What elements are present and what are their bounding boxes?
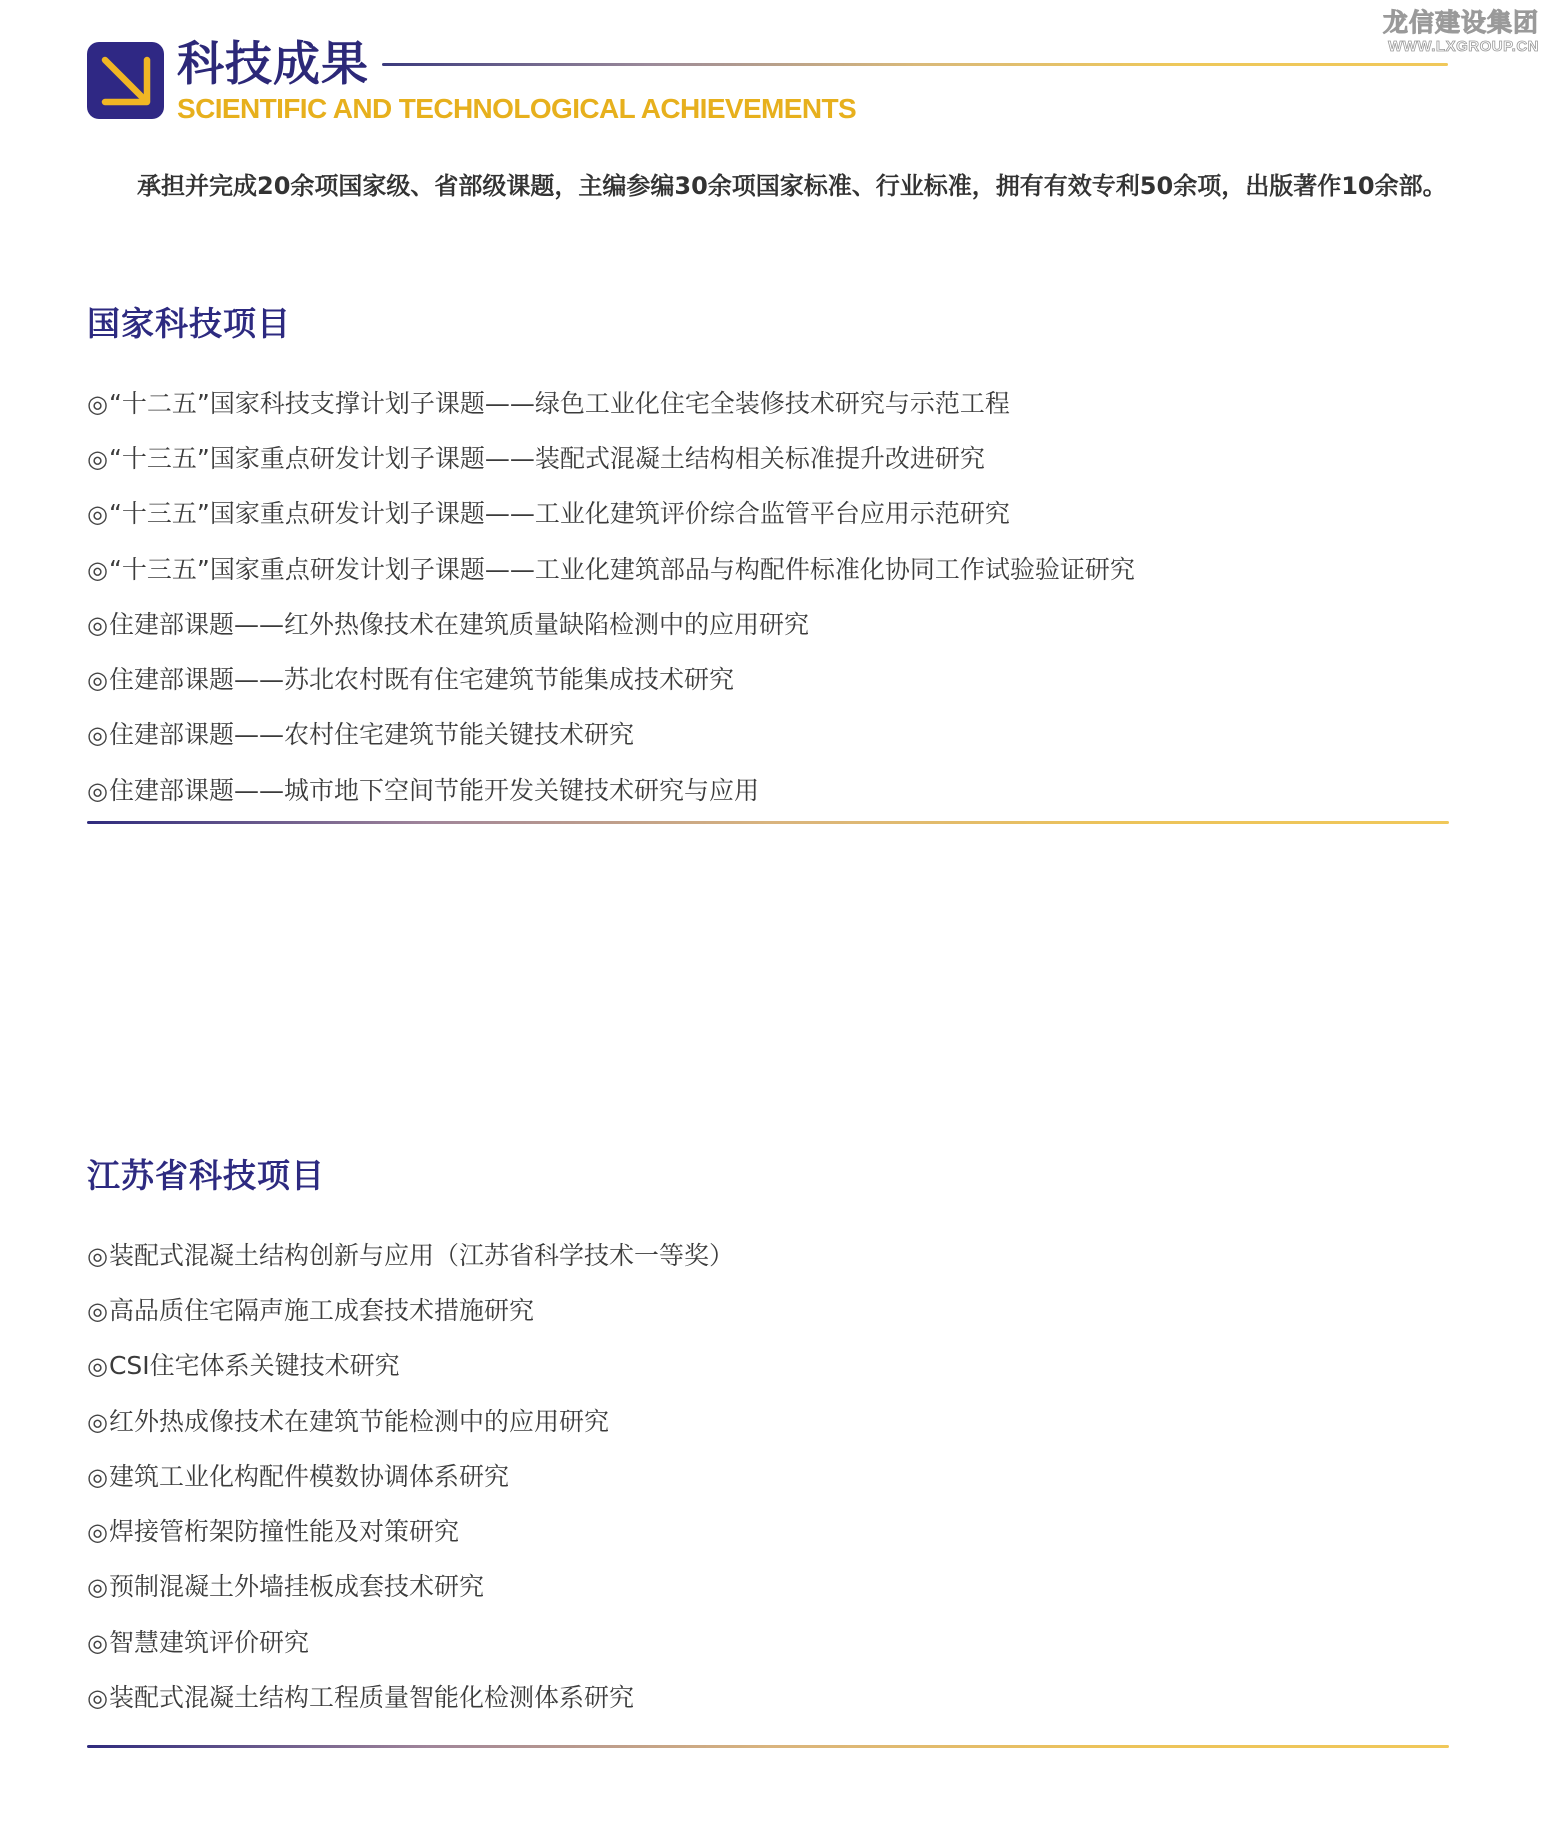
page-title: 科技成果 bbox=[177, 36, 369, 94]
page-subtitle: SCIENTIFIC AND TECHNOLOGICAL ACHIEVEMENT… bbox=[177, 92, 856, 126]
double-circle-bullet-icon: ◎ bbox=[87, 1676, 108, 1720]
list-item-text: “十三五”国家重点研发计划子课题——工业化建筑部品与构配件标准化协同工作试验验证… bbox=[109, 548, 1135, 592]
list-item: ◎焊接管桁架防撞性能及对策研究 bbox=[87, 1504, 734, 1559]
section-heading-national: 国家科技项目 bbox=[87, 304, 291, 344]
list-item: ◎住建部课题——红外热像技术在建筑质量缺陷检测中的应用研究 bbox=[87, 597, 1135, 652]
double-circle-bullet-icon: ◎ bbox=[87, 548, 108, 592]
list-item-text: “十三五”国家重点研发计划子课题——工业化建筑评价综合监管平台应用示范研究 bbox=[109, 492, 1010, 536]
double-circle-bullet-icon: ◎ bbox=[87, 1455, 108, 1499]
national-project-list: ◎“十二五”国家科技支撑计划子课题——绿色工业化住宅全装修技术研究与示范工程 ◎… bbox=[87, 376, 1135, 818]
list-item: ◎住建部课题——苏北农村既有住宅建筑节能集成技术研究 bbox=[87, 652, 1135, 707]
brand-name: 龙信建设集团 bbox=[1383, 8, 1539, 38]
list-item-text: 焊接管桁架防撞性能及对策研究 bbox=[109, 1510, 459, 1554]
list-item-text: 预制混凝土外墙挂板成套技术研究 bbox=[109, 1565, 484, 1609]
list-item: ◎住建部课题——农村住宅建筑节能关键技术研究 bbox=[87, 708, 1135, 763]
list-item: ◎“十三五”国家重点研发计划子课题——装配式混凝土结构相关标准提升改进研究 bbox=[87, 431, 1135, 486]
list-item-text: 住建部课题——城市地下空间节能开发关键技术研究与应用 bbox=[109, 769, 759, 813]
list-item-text: 智慧建筑评价研究 bbox=[109, 1621, 309, 1665]
list-item-text: 装配式混凝土结构创新与应用（江苏省科学技术一等奖） bbox=[109, 1234, 734, 1278]
list-item: ◎住建部课题——城市地下空间节能开发关键技术研究与应用 bbox=[87, 763, 1135, 818]
double-circle-bullet-icon: ◎ bbox=[87, 1400, 108, 1444]
list-item-text: 住建部课题——农村住宅建筑节能关键技术研究 bbox=[109, 713, 634, 757]
list-item: ◎建筑工业化构配件模数协调体系研究 bbox=[87, 1449, 734, 1504]
intro-paragraph: 承担并完成20余项国家级、省部级课题，主编参编30余项国家标准、行业标准，拥有有… bbox=[87, 164, 1451, 208]
arrow-down-right-icon bbox=[87, 42, 164, 119]
list-item: ◎装配式混凝土结构创新与应用（江苏省科学技术一等奖） bbox=[87, 1228, 734, 1283]
double-circle-bullet-icon: ◎ bbox=[87, 1565, 108, 1609]
list-item: ◎“十三五”国家重点研发计划子课题——工业化建筑评价综合监管平台应用示范研究 bbox=[87, 487, 1135, 542]
list-item: ◎装配式混凝土结构工程质量智能化检测体系研究 bbox=[87, 1670, 734, 1725]
list-item-text: 装配式混凝土结构工程质量智能化检测体系研究 bbox=[109, 1676, 634, 1720]
brand-watermark: 龙信建设集团 WWW.LXGROUP.CN bbox=[1383, 8, 1539, 56]
section-divider bbox=[87, 821, 1449, 824]
double-circle-bullet-icon: ◎ bbox=[87, 1621, 108, 1665]
section-heading-jiangsu: 江苏省科技项目 bbox=[87, 1156, 325, 1196]
double-circle-bullet-icon: ◎ bbox=[87, 603, 108, 647]
jiangsu-project-list: ◎装配式混凝土结构创新与应用（江苏省科学技术一等奖） ◎高品质住宅隔声施工成套技… bbox=[87, 1228, 734, 1726]
list-item: ◎高品质住宅隔声施工成套技术措施研究 bbox=[87, 1283, 734, 1338]
double-circle-bullet-icon: ◎ bbox=[87, 492, 108, 536]
list-item-text: 住建部课题——红外热像技术在建筑质量缺陷检测中的应用研究 bbox=[109, 603, 809, 647]
section-divider bbox=[87, 1745, 1449, 1748]
double-circle-bullet-icon: ◎ bbox=[87, 1510, 108, 1554]
list-item-text: 高品质住宅隔声施工成套技术措施研究 bbox=[109, 1289, 534, 1333]
double-circle-bullet-icon: ◎ bbox=[87, 769, 108, 813]
list-item: ◎CSI住宅体系关键技术研究 bbox=[87, 1339, 734, 1394]
double-circle-bullet-icon: ◎ bbox=[87, 1344, 108, 1388]
brand-url: WWW.LXGROUP.CN bbox=[1383, 38, 1539, 56]
double-circle-bullet-icon: ◎ bbox=[87, 713, 108, 757]
header-divider bbox=[382, 63, 1448, 66]
list-item-text: 红外热成像技术在建筑节能检测中的应用研究 bbox=[109, 1400, 609, 1444]
list-item-text: CSI住宅体系关键技术研究 bbox=[109, 1344, 400, 1388]
list-item: ◎预制混凝土外墙挂板成套技术研究 bbox=[87, 1560, 734, 1615]
double-circle-bullet-icon: ◎ bbox=[87, 658, 108, 702]
double-circle-bullet-icon: ◎ bbox=[87, 437, 108, 481]
double-circle-bullet-icon: ◎ bbox=[87, 382, 108, 426]
list-item-text: 住建部课题——苏北农村既有住宅建筑节能集成技术研究 bbox=[109, 658, 734, 702]
double-circle-bullet-icon: ◎ bbox=[87, 1234, 108, 1278]
list-item-text: “十二五”国家科技支撑计划子课题——绿色工业化住宅全装修技术研究与示范工程 bbox=[109, 382, 1010, 426]
list-item-text: “十三五”国家重点研发计划子课题——装配式混凝土结构相关标准提升改进研究 bbox=[109, 437, 985, 481]
list-item: ◎“十二五”国家科技支撑计划子课题——绿色工业化住宅全装修技术研究与示范工程 bbox=[87, 376, 1135, 431]
list-item: ◎“十三五”国家重点研发计划子课题——工业化建筑部品与构配件标准化协同工作试验验… bbox=[87, 542, 1135, 597]
list-item: ◎智慧建筑评价研究 bbox=[87, 1615, 734, 1670]
list-item-text: 建筑工业化构配件模数协调体系研究 bbox=[109, 1455, 509, 1499]
list-item: ◎红外热成像技术在建筑节能检测中的应用研究 bbox=[87, 1394, 734, 1449]
double-circle-bullet-icon: ◎ bbox=[87, 1289, 108, 1333]
